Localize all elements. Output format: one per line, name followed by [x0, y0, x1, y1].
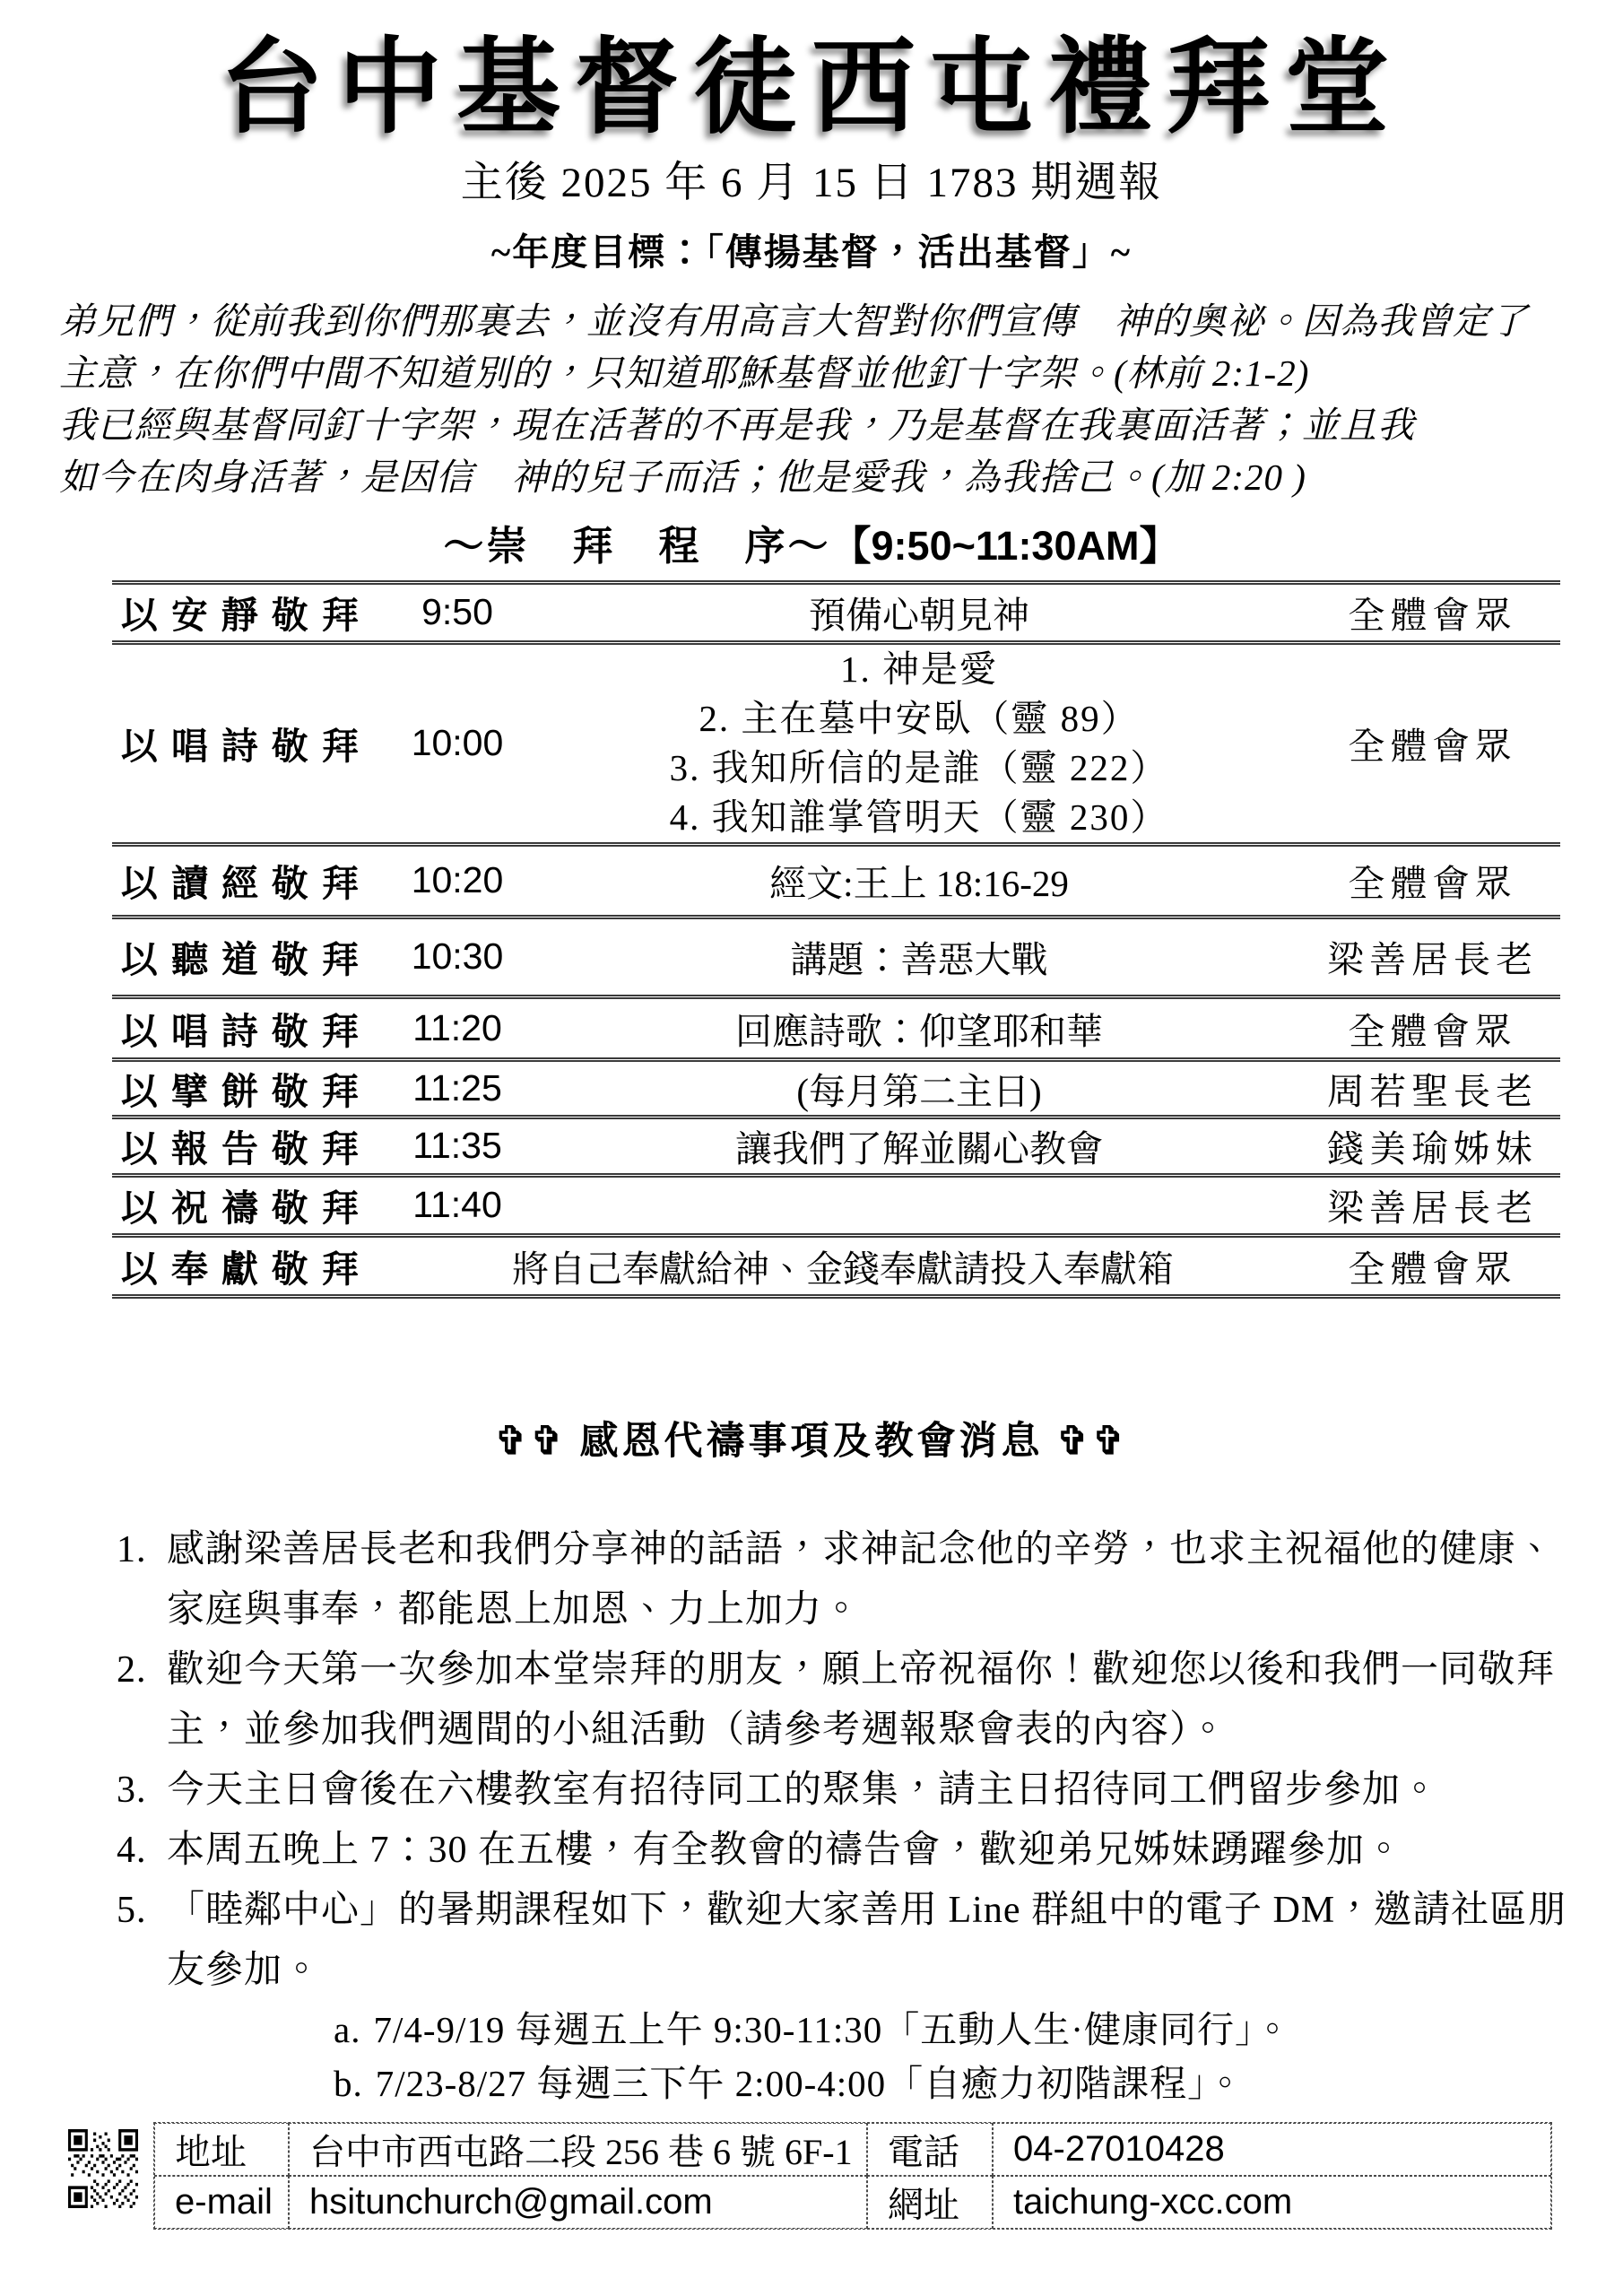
worship-program-table: 以安靜敬拜 9:50 預備心朝見神 全體會眾 以唱詩敬拜 10:00 1. 神是…	[112, 580, 1560, 1299]
announcement-item: 1. 感謝梁善居長老和我們分享神的話語，求神記念他的辛勞，也求主祝福他的健康、家…	[117, 1520, 1571, 1640]
footer-value-website: taichung-xcc.com	[993, 2176, 1551, 2229]
scripture-line: 弟兄們，從前我到你們那裏去，並沒有用高言大智對你們宣傳 神的奧祕。因為我曾定了	[59, 295, 1571, 347]
program-item: 以唱詩敬拜	[112, 996, 381, 1059]
program-content: 將自己奉獻給神、金錢奉獻請投入奉獻箱	[381, 1235, 1305, 1296]
footer-label-website: 網址	[867, 2176, 993, 2229]
issue-date-line: 主後 2025 年 6 月 15 日 1783 期週報	[0, 157, 1623, 210]
program-item: 以報告敬拜	[112, 1117, 381, 1175]
program-leader: 全體會眾	[1305, 996, 1560, 1059]
program-heading: ～崇 拜 程 序～【9:50~11:30AM】	[0, 523, 1623, 570]
footer: 地址 台中市西屯路二段 256 巷 6 號 6F-1 電話 04-2701042…	[0, 2115, 1623, 2230]
program-item: 以祝禱敬拜	[112, 1175, 381, 1235]
program-item: 以擘餅敬拜	[112, 1059, 381, 1117]
program-song-list: 1. 神是愛 2. 主在墓中安臥（靈 89） 3. 我知所信的是誰（靈 222）…	[534, 642, 1305, 844]
program-time: 10:00	[381, 642, 534, 844]
table-row: 以讀經敬拜 10:20 經文:王上 18:16-29 全體會眾	[112, 844, 1560, 917]
announcement-item: 3. 今天主日會後在六樓教室有招待同工的聚集，請主日招待同工們留步參加。	[117, 1761, 1571, 1821]
program-content: (每月第二主日)	[534, 1059, 1305, 1117]
program-time: 11:40	[381, 1175, 534, 1235]
header: 台中基督徒西屯禮拜堂 主後 2025 年 6 月 15 日 1783 期週報 ~…	[0, 0, 1623, 275]
program-item: 以唱詩敬拜	[112, 642, 381, 844]
announcement-number: 2.	[117, 1640, 147, 1700]
program-leader: 周若聖長老	[1305, 1059, 1560, 1117]
program-content	[534, 1175, 1305, 1235]
program-time: 10:30	[381, 917, 534, 996]
song-line: 4. 我知誰掌管明天（靈 230）	[534, 793, 1305, 842]
footer-value-phone: 04-27010428	[993, 2123, 1551, 2176]
qr-code-icon	[68, 2129, 138, 2208]
page-title: 台中基督徒西屯禮拜堂	[0, 0, 1623, 157]
announcement-text: 歡迎今天第一次參加本堂崇拜的朋友，願上帝祝福你！歡迎您以後和我們一同敬拜主，並參…	[167, 1649, 1555, 1751]
footer-label-phone: 電話	[867, 2123, 993, 2176]
course-item-label: a.	[334, 2009, 360, 2050]
program-time: 11:35	[381, 1117, 534, 1175]
announcement-text: 感謝梁善居長老和我們分享神的話語，求神記念他的辛勞，也求主祝福他的健康、家庭與事…	[167, 1529, 1555, 1631]
program-item: 以安靜敬拜	[112, 582, 381, 642]
program-time: 11:25	[381, 1059, 534, 1117]
table-row: 以祝禱敬拜 11:40 梁善居長老	[112, 1175, 1560, 1235]
announcement-text: 本周五晚上 7：30 在五樓，有全教會的禱告會，歡迎弟兄姊妹踴躍參加。	[167, 1830, 1403, 1871]
program-content: 講題：善惡大戰	[534, 917, 1305, 996]
table-row: 以聽道敬拜 10:30 講題：善惡大戰 梁善居長老	[112, 917, 1560, 996]
table-row: 以報告敬拜 11:35 讓我們了解並關心教會 錢美瑜姊妹	[112, 1117, 1560, 1175]
announcement-number: 4.	[117, 1821, 147, 1881]
footer-label-email: e-mail	[154, 2176, 289, 2229]
program-leader: 全體會眾	[1305, 844, 1560, 917]
footer-value-address: 台中市西屯路二段 256 巷 6 號 6F-1	[289, 2123, 867, 2176]
program-leader: 全體會眾	[1305, 1235, 1560, 1296]
scripture-line: 主意，在你們中間不知道別的，只知道耶穌基督並他釘十字架。(林前 2:1-2)	[59, 347, 1571, 399]
course-item-text: 7/23-8/27 每週三下午 2:00-4:00「自癒力初階課程」。	[376, 2063, 1245, 2104]
program-time: 11:20	[381, 996, 534, 1059]
annual-goal-line: ~年度目標：「傳揚基督，活出基督」~	[0, 222, 1623, 275]
program-content: 回應詩歌：仰望耶和華	[534, 996, 1305, 1059]
program-leader: 錢美瑜姊妹	[1305, 1117, 1560, 1175]
contact-table: 地址 台中市西屯路二段 256 巷 6 號 6F-1 電話 04-2701042…	[153, 2122, 1552, 2230]
song-line: 3. 我知所信的是誰（靈 222）	[534, 744, 1305, 793]
program-item: 以奉獻敬拜	[112, 1235, 381, 1296]
bulletin-page: 台中基督徒西屯禮拜堂 主後 2025 年 6 月 15 日 1783 期週報 ~…	[0, 0, 1623, 2296]
program-heading-text: ～崇 拜 程 序～	[444, 524, 831, 569]
table-row: e-mail hsitunchurch@gmail.com 網址 taichun…	[154, 2176, 1551, 2229]
scripture-line: 如今在肉身活著，是因信 神的兒子而活；他是愛我，為我捨己。(加 2:20 )	[59, 451, 1571, 503]
announcement-number: 5.	[117, 1881, 147, 1941]
table-row: 以奉獻敬拜 將自己奉獻給神、金錢奉獻請投入奉獻箱 全體會眾	[112, 1235, 1560, 1296]
announcement-text: 今天主日會後在六樓教室有招待同工的聚集，請主日招待同工們留步參加。	[167, 1770, 1439, 1811]
table-row: 以唱詩敬拜 11:20 回應詩歌：仰望耶和華 全體會眾	[112, 996, 1560, 1059]
announcement-item: 5. 「睦鄰中心」的暑期課程如下，歡迎大家善用 Line 群組中的電子 DM，邀…	[117, 1881, 1571, 2001]
program-content: 預備心朝見神	[534, 582, 1305, 642]
scripture-passage: 弟兄們，從前我到你們那裏去，並沒有用高言大智對你們宣傳 神的奧祕。因為我曾定了 …	[59, 295, 1571, 503]
course-item-label: b.	[334, 2063, 363, 2104]
course-item: a.7/4-9/19 每週五上午 9:30-11:30「五動人生·健康同行」。	[334, 2003, 1571, 2057]
program-content: 經文:王上 18:16-29	[534, 844, 1305, 917]
song-line: 2. 主在墓中安臥（靈 89）	[534, 694, 1305, 744]
announcements-list: 1. 感謝梁善居長老和我們分享神的話語，求神記念他的辛勞，也求主祝福他的健康、家…	[117, 1520, 1571, 2110]
table-row: 以唱詩敬拜 10:00 1. 神是愛 2. 主在墓中安臥（靈 89） 3. 我知…	[112, 642, 1560, 844]
announcement-number: 3.	[117, 1761, 147, 1821]
program-leader: 梁善居長老	[1305, 917, 1560, 996]
announcements-heading: ✞✞ 感恩代禱事項及教會消息 ✞✞	[0, 1417, 1623, 1466]
scripture-line: 我已經與基督同釘十字架，現在活著的不再是我，乃是基督在我裏面活著；並且我	[59, 399, 1571, 451]
program-time: 9:50	[381, 582, 534, 642]
table-row: 以安靜敬拜 9:50 預備心朝見神 全體會眾	[112, 582, 1560, 642]
program-item: 以聽道敬拜	[112, 917, 381, 996]
program-time: 10:20	[381, 844, 534, 917]
announcement-item: 4. 本周五晚上 7：30 在五樓，有全教會的禱告會，歡迎弟兄姊妹踴躍參加。	[117, 1821, 1571, 1881]
program-heading-time: 【9:50~11:30AM】	[831, 523, 1180, 569]
course-item: b.7/23-8/27 每週三下午 2:00-4:00「自癒力初階課程」。	[334, 2057, 1571, 2110]
footer-label-address: 地址	[154, 2123, 289, 2176]
table-row: 地址 台中市西屯路二段 256 巷 6 號 6F-1 電話 04-2701042…	[154, 2123, 1551, 2176]
course-sub-items: a.7/4-9/19 每週五上午 9:30-11:30「五動人生·健康同行」。 …	[334, 2003, 1571, 2110]
announcement-item: 2. 歡迎今天第一次參加本堂崇拜的朋友，願上帝祝福你！歡迎您以後和我們一同敬拜主…	[117, 1640, 1571, 1761]
program-leader: 全體會眾	[1305, 582, 1560, 642]
announcement-number: 1.	[117, 1520, 147, 1580]
program-leader: 梁善居長老	[1305, 1175, 1560, 1235]
program-content: 讓我們了解並關心教會	[534, 1117, 1305, 1175]
announcement-text: 「睦鄰中心」的暑期課程如下，歡迎大家善用 Line 群組中的電子 DM，邀請社區…	[167, 1890, 1567, 1991]
course-item-text: 7/4-9/19 每週五上午 9:30-11:30「五動人生·健康同行」。	[373, 2009, 1291, 2050]
program-leader: 全體會眾	[1305, 642, 1560, 844]
song-line: 1. 神是愛	[534, 645, 1305, 694]
footer-value-email: hsitunchurch@gmail.com	[289, 2176, 867, 2229]
table-row: 以擘餅敬拜 11:25 (每月第二主日) 周若聖長老	[112, 1059, 1560, 1117]
program-item: 以讀經敬拜	[112, 844, 381, 917]
